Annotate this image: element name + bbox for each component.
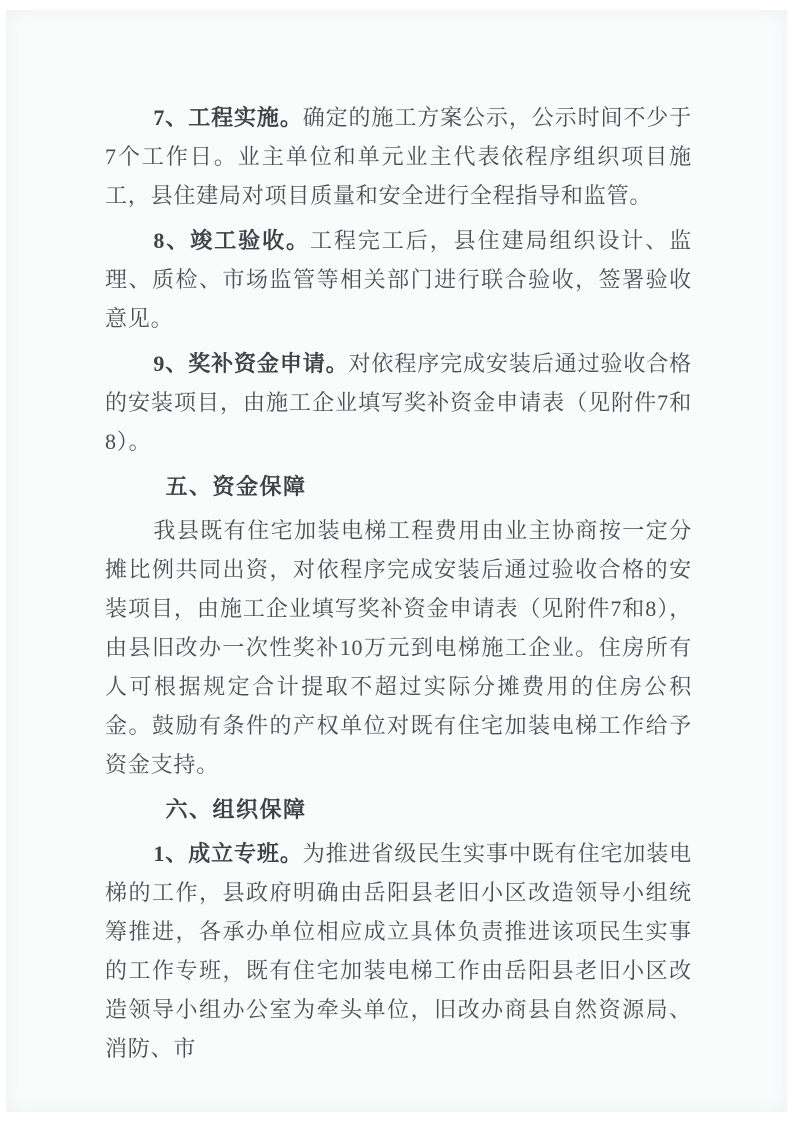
section-heading-funding-guarantee: 五、资金保障 xyxy=(105,467,692,506)
paragraph-organization-lead: 1、成立专班。 xyxy=(153,841,302,866)
paragraph-8-completion-acceptance: 8、竣工验收。工程完工后，县住建局组织设计、监理、质检、市场监管等相关部门进行联… xyxy=(105,221,692,338)
paragraph-funding-guarantee: 我县既有住宅加装电梯工程费用由业主协商按一定分摊比例共同出资，对依程序完成安装后… xyxy=(105,511,692,784)
paragraph-9-subsidy-application: 9、奖补资金申请。对依程序完成安装后通过验收合格的安装项目，由施工企业填写奖补资… xyxy=(105,344,692,461)
paragraph-organization-text: 为推进省级民生实事中既有住宅加装电梯的工作，县政府明确由岳阳县老旧小区改造领导小… xyxy=(105,841,692,1061)
section-heading-organization-guarantee: 六、组织保障 xyxy=(105,790,692,829)
document-text-block: 7、工程实施。确定的施工方案公示，公示时间不少于7个工作日。业主单位和单元业主代… xyxy=(105,98,692,1074)
paragraph-9-lead: 9、奖补资金申请。 xyxy=(153,351,348,376)
paragraph-7-lead: 7、工程实施。 xyxy=(153,105,302,130)
paragraph-7-project-implementation: 7、工程实施。确定的施工方案公示，公示时间不少于7个工作日。业主单位和单元业主代… xyxy=(105,98,692,215)
paragraph-organization-task-force: 1、成立专班。为推进省级民生实事中既有住宅加装电梯的工作，县政府明确由岳阳县老旧… xyxy=(105,834,692,1068)
paragraph-8-lead: 8、竣工验收。 xyxy=(153,228,310,253)
document-page: 7、工程实施。确定的施工方案公示，公示时间不少于7个工作日。业主单位和单元业主代… xyxy=(6,10,787,1112)
